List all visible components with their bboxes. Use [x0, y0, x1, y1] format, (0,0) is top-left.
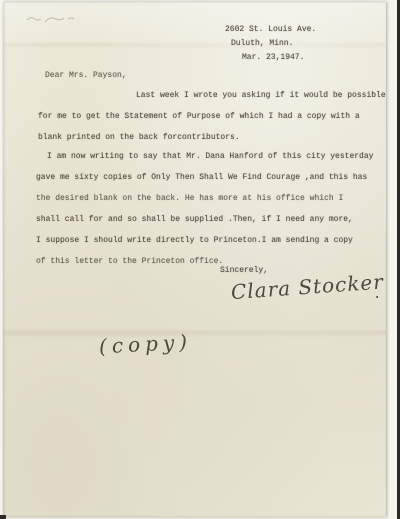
body-line: Last week I wrote you asking if it would… — [136, 91, 386, 100]
pencil-mark — [23, 10, 83, 32]
body-line: of this letter to the Princeton office. — [36, 257, 223, 266]
signature-text: Clara Stocker — [230, 269, 385, 304]
body-line: blank printed on the back forcontributor… — [38, 133, 240, 142]
body-line: I suppose I should write directly to Pri… — [36, 236, 353, 245]
body-line: I am now writing to say that Mr. Dana Ha… — [47, 152, 373, 161]
address-line: 2602 St. Louis Ave. — [225, 25, 316, 34]
signature: Clara Stocker . — [225, 268, 385, 310]
scanned-letter: 2602 St. Louis Ave. Duluth, Minn. Mar. 2… — [0, 0, 400, 519]
address-line: Duluth, Minn. — [231, 39, 293, 48]
date-line: Mar. 23,1947. — [242, 53, 304, 62]
body-line: the desired blank on the back. He has mo… — [36, 194, 343, 203]
signature-period: . — [373, 287, 381, 303]
scan-edge-shadow — [0, 515, 6, 519]
salutation: Dear Mrs. Payson, — [45, 71, 127, 80]
copy-annotation: (copy) — [98, 330, 192, 359]
body-line: shall call for and so shall be supplied … — [36, 215, 353, 224]
body-line: for me to get the Statement of Purpose o… — [38, 112, 360, 121]
body-line: gave me sixty copies of Only Then Shall … — [36, 173, 367, 182]
letter-paper: 2602 St. Louis Ave. Duluth, Minn. Mar. 2… — [3, 2, 386, 517]
